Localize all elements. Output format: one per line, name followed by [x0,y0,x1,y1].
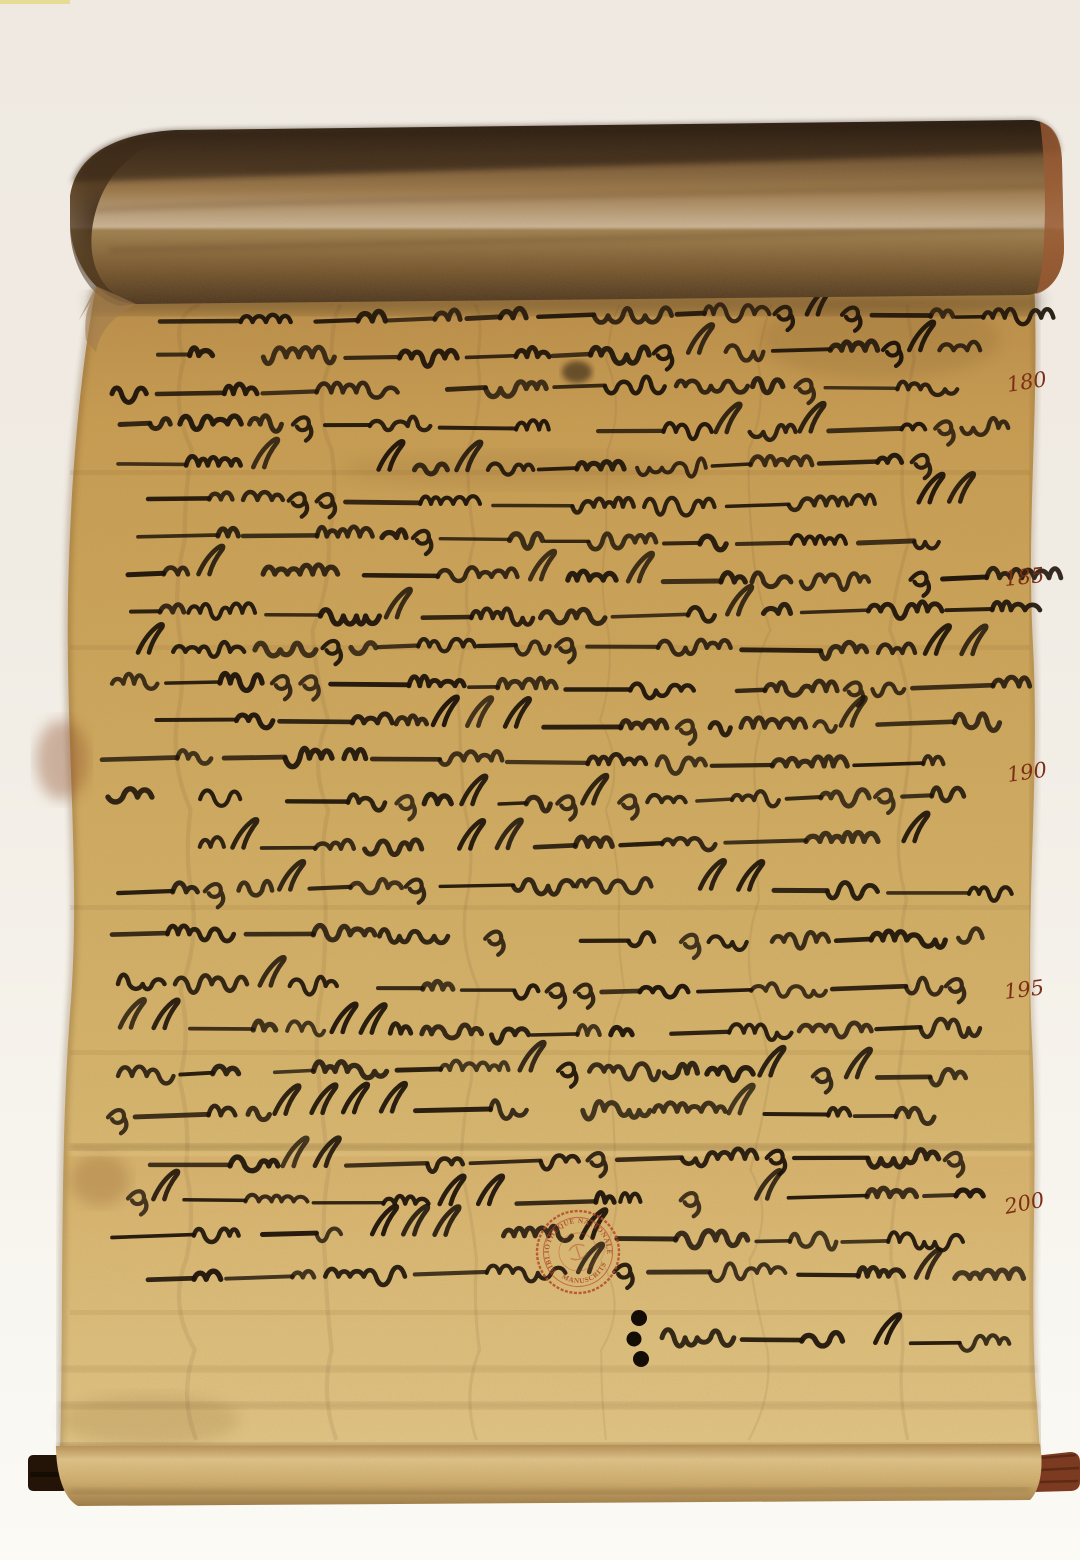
margin-number-180: 180 [1005,367,1048,397]
margin-number-195: 195 [1003,975,1046,1004]
scroll-photo-svg: 180 185 190 195 200 BIBLIOTHÈQUE NATIONA… [0,0,1080,1560]
margin-number-190: 190 [1005,758,1048,787]
sheet-seam [70,1144,1032,1156]
margin-number-185: 185 [1003,563,1045,591]
manuscript-photo: 180 185 190 195 200 BIBLIOTHÈQUE NATIONA… [0,0,1080,1560]
photo-edge-artifact [0,0,70,4]
ink-smudge [562,361,592,383]
